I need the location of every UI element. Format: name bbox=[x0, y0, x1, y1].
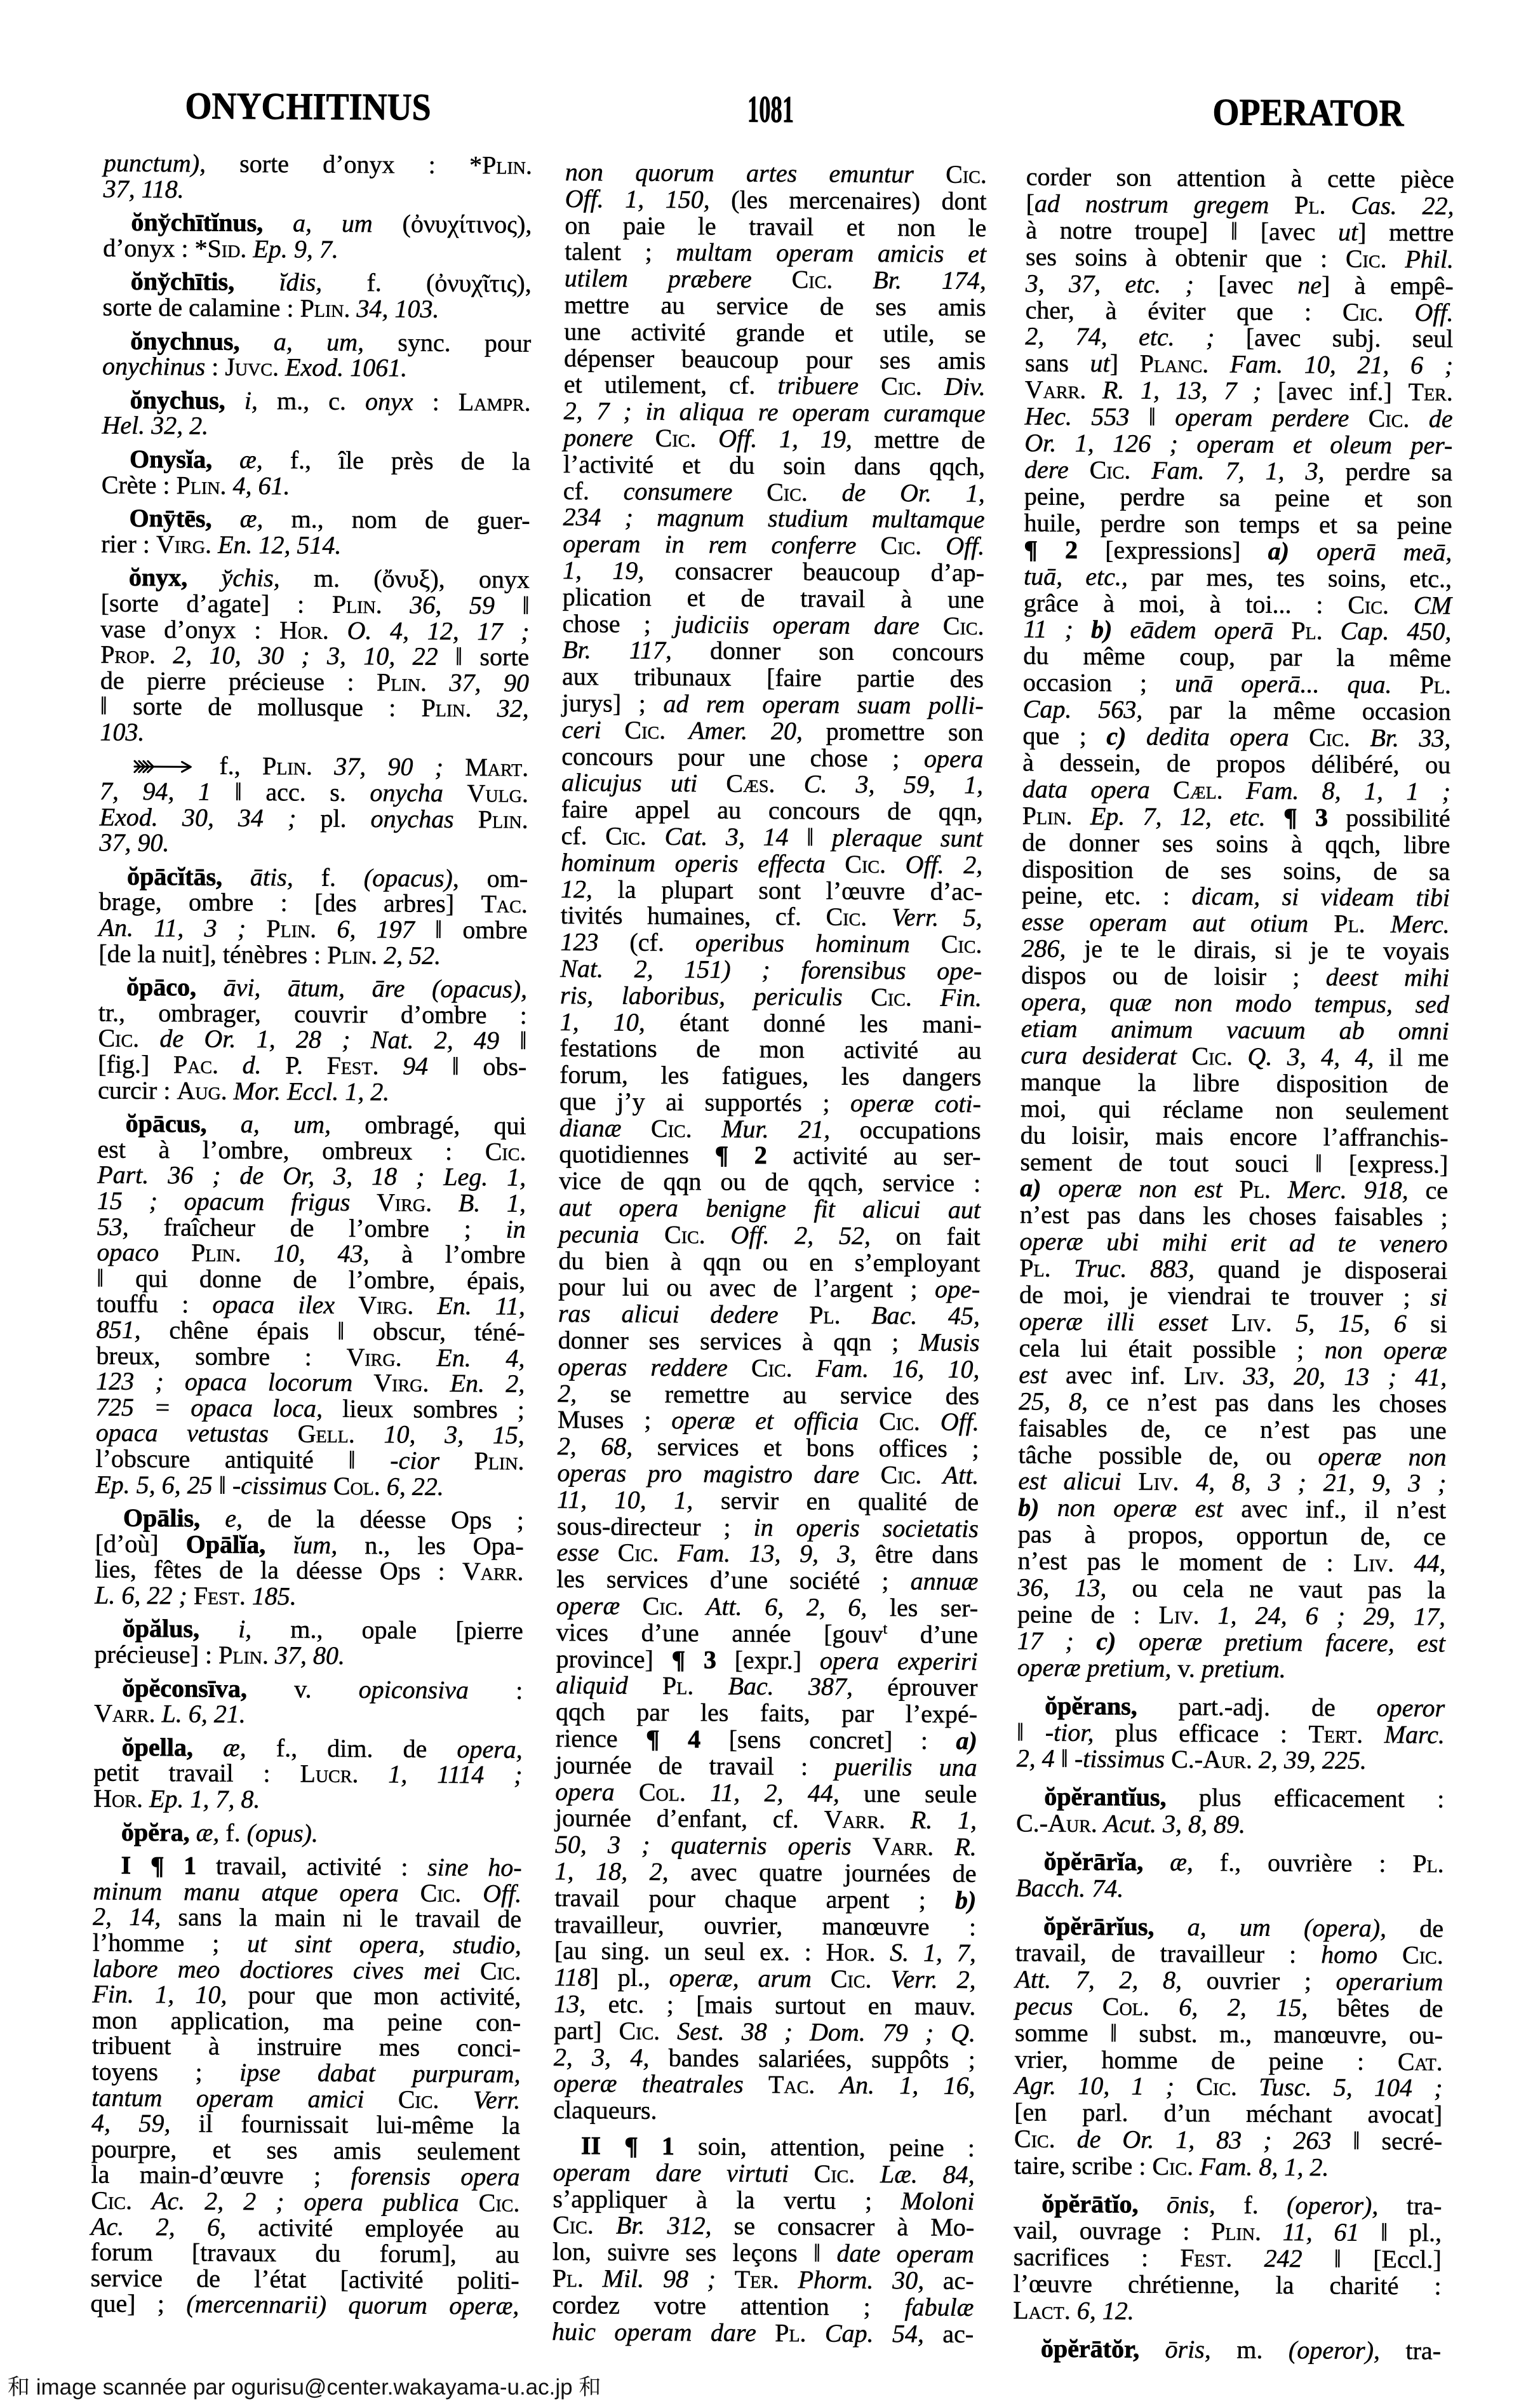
italic-text: 4, 59, bbox=[91, 2109, 171, 2138]
italic-text: operæ non est bbox=[1058, 1174, 1222, 1204]
dictionary-entry: ŏpācus, a, um, ombragé, quiest à l’ombre… bbox=[95, 1111, 526, 1500]
italic-text: 1, 10, bbox=[560, 1007, 645, 1036]
author-abbreviation: Cic. bbox=[655, 424, 697, 452]
italic-text: de Or. 1, 83 ; 263 bbox=[1077, 2125, 1332, 2154]
italic-text: opaca vetustas bbox=[96, 1418, 269, 1448]
italic-text: Merc. bbox=[1391, 910, 1450, 939]
text-line: à notre troupe] ‖ [avec ut] mettre bbox=[1026, 217, 1454, 246]
text-line: jurys] ; ad rem operam suam polli- bbox=[562, 690, 984, 719]
italic-text: 10, 43, bbox=[274, 1239, 370, 1268]
text-line: à dessein, de propos délibéré, ou bbox=[1022, 749, 1450, 778]
text-line: pas à propos, opportun de, ce bbox=[1018, 1521, 1446, 1550]
italic-text: Tusc. 5, 104 ; bbox=[1259, 2073, 1443, 2102]
italic-text: C. 3, 59, 1, bbox=[804, 770, 984, 800]
italic-text: Musis bbox=[919, 1328, 980, 1357]
text-line: Hel. 32, 2. bbox=[102, 413, 530, 441]
italic-text: Fam. 16, 10, bbox=[816, 1354, 980, 1383]
text-line: que] ; (mercennarii) quorum operæ, bbox=[90, 2291, 519, 2320]
author-abbreviation: Lucr. bbox=[300, 1759, 358, 1789]
italic-text: operæ pretium facere, est bbox=[1139, 1627, 1445, 1657]
italic-text: -cissimus bbox=[232, 1470, 327, 1500]
italic-text: data opera bbox=[1022, 774, 1150, 803]
italic-text: En. 2, bbox=[450, 1369, 525, 1398]
text-line: est avec inf. Liv. 33, 20, 13 ; 41, bbox=[1019, 1361, 1447, 1390]
italic-text: operæ, arum bbox=[669, 1963, 812, 1993]
italic-text: 4, 61. bbox=[232, 471, 290, 500]
text-line: s’appliquer à la vertu ; Moloni bbox=[552, 2186, 974, 2215]
italic-text: dicam, si videam tibi bbox=[1191, 882, 1450, 912]
sense-marker: c) bbox=[1106, 722, 1126, 750]
italic-text: Phorm. 30, bbox=[798, 2265, 924, 2294]
text-line: Pl. Mil. 98 ; Ter. Phorm. 30, ac- bbox=[552, 2265, 974, 2294]
italic-text: consumere bbox=[624, 476, 733, 506]
italic-text: 11, 2, 44, bbox=[710, 1778, 840, 1807]
author-abbreviation: Plin. bbox=[262, 752, 312, 781]
italic-text: Br. 174, bbox=[873, 265, 986, 295]
italic-text: operæ illi esset bbox=[1019, 1307, 1208, 1336]
italic-text: 37, 90 bbox=[449, 668, 529, 697]
dictionary-entry: ŏpāco, āvi, ātum, āre (opacus),tr., ombr… bbox=[98, 974, 527, 1106]
italic-text: æ, bbox=[223, 1733, 246, 1762]
text-line: ponere Cic. Off. 1, 19, mettre de bbox=[563, 424, 985, 454]
italic-text: ceri bbox=[561, 715, 601, 744]
author-abbreviation: Liv. bbox=[1184, 1361, 1224, 1390]
italic-text: multam operam amicis et bbox=[676, 238, 986, 268]
text-line: festations de mon activité au bbox=[559, 1035, 981, 1064]
italic-text: 1, 18, 2, bbox=[554, 1857, 668, 1886]
italic-text: non operæ est bbox=[1057, 1493, 1223, 1523]
text-line: n’est pas dans les choses faisables ; bbox=[1020, 1202, 1448, 1231]
text-line: claqueurs. bbox=[553, 2097, 975, 2126]
sense-marker: c) bbox=[1096, 1627, 1116, 1655]
italic-text: CM bbox=[1414, 591, 1452, 619]
italic-text: ope- bbox=[935, 1275, 980, 1303]
author-abbreviation: Pl. bbox=[552, 2264, 584, 2292]
italic-text: 94 bbox=[403, 1051, 428, 1080]
dictionary-entry: ŏpĕrans, part.-adj. de operor‖ -tior, pl… bbox=[1017, 1692, 1445, 1775]
text-line: du loisir, mais encore l’affranchis- bbox=[1021, 1122, 1449, 1151]
italic-text: Bacch. 74. bbox=[1015, 1873, 1123, 1902]
author-abbreviation: Cic. bbox=[643, 1592, 684, 1620]
italic-text: æ, bbox=[239, 445, 263, 474]
author-abbreviation: Hor. bbox=[279, 615, 329, 644]
text-line: 37, 118. bbox=[104, 176, 532, 205]
text-line: dianæ Cic. Mur. 21, occupations bbox=[559, 1115, 981, 1144]
italic-text: aliquid bbox=[556, 1670, 628, 1700]
italic-text: An. 11, 3 ; bbox=[98, 913, 246, 943]
author-abbreviation: Sid. bbox=[207, 234, 246, 262]
italic-text: 242 bbox=[1264, 2244, 1302, 2273]
italic-text: B. 1, bbox=[459, 1188, 526, 1218]
text-line: ¶ 2 [expressions] a) operā meā, bbox=[1024, 536, 1452, 565]
text-line: 2, 74, etc. ; [avec subj. seul bbox=[1025, 323, 1453, 353]
italic-text: 4, 8, 3 ; 21, 9, 3 ; bbox=[1196, 1468, 1446, 1498]
text-line: que ; c) dedita opera Cic. Br. 33, bbox=[1022, 722, 1450, 751]
author-abbreviation: Cic. bbox=[1196, 2073, 1237, 2101]
text-line: et utilement, cf. tribuere Cic. Div. bbox=[564, 371, 986, 400]
text-line: du même coup, par la même bbox=[1023, 643, 1451, 672]
italic-text: Fin. 1, 10, bbox=[92, 1980, 227, 2009]
text-line: est alicui Liv. 4, 8, 3 ; 21, 9, 3 ; bbox=[1018, 1468, 1446, 1497]
italic-text: punctum), bbox=[104, 149, 206, 178]
text-line: operas reddere Cic. Fam. 16, 10, bbox=[558, 1354, 979, 1383]
text-line: data opera Cæl. Fam. 8, 1, 1 ; bbox=[1022, 776, 1450, 805]
italic-text: opera bbox=[555, 1777, 615, 1806]
italic-text: Fam. 13, 9, 3, bbox=[678, 1539, 857, 1569]
italic-text: 6, 22. bbox=[387, 1472, 444, 1501]
author-abbreviation: Cic. bbox=[767, 478, 808, 506]
author-abbreviation: Plin. bbox=[176, 471, 226, 499]
superscript: t bbox=[883, 1621, 887, 1637]
italic-text: Bac. 387, bbox=[728, 1672, 853, 1701]
italic-text: Exod. 1061. bbox=[285, 353, 407, 382]
text-line: Cap. 563, par la même occasion bbox=[1023, 696, 1451, 725]
text-line: sorte de calamine : Plin. 34, 103. bbox=[102, 295, 531, 323]
text-line: etiam animum vacuum ab omni bbox=[1021, 1015, 1449, 1044]
text-line: operæ pretium, v. pretium. bbox=[1017, 1654, 1445, 1683]
italic-text: Ep. 1, 7, 8. bbox=[149, 1784, 260, 1813]
dictionary-entry: ŏpella, æ, f., dim. de opera,petit trava… bbox=[93, 1734, 523, 1814]
dictionary-entry: ŏpācĭtās, ātis, f. (opacus), om-brage, o… bbox=[98, 863, 528, 969]
italic-text: tribuere bbox=[777, 371, 859, 400]
italic-text: æ, bbox=[196, 1818, 220, 1846]
dictionary-entry: ŏpĕra, æ, f. (opus). bbox=[93, 1819, 522, 1848]
italic-text: Ep. 5, 6, 25 bbox=[95, 1470, 213, 1499]
author-abbreviation: Cic. bbox=[664, 1220, 706, 1249]
author-abbreviation: Vulg. bbox=[467, 779, 528, 808]
running-head-left: ONYCHITINUS bbox=[185, 84, 431, 128]
italic-text: Cap. 450, bbox=[1341, 617, 1452, 646]
italic-text: L. 6, 22 ; bbox=[95, 1580, 187, 1610]
italic-text: operor bbox=[1377, 1693, 1445, 1723]
headword: ŏpĕrantĭus, bbox=[1044, 1782, 1167, 1811]
italic-text: i, bbox=[238, 1615, 251, 1643]
italic-text: 25, 8, bbox=[1019, 1387, 1088, 1416]
author-abbreviation: Tert. bbox=[1308, 1719, 1363, 1749]
italic-text: est bbox=[1019, 1360, 1047, 1388]
italic-text: S. 1, 7, bbox=[890, 1939, 976, 1968]
author-abbreviation: Cic. bbox=[1342, 297, 1384, 326]
italic-text: 851, bbox=[97, 1315, 141, 1343]
italic-text: ut bbox=[1338, 217, 1358, 246]
italic-text: si bbox=[1430, 1282, 1447, 1311]
author-abbreviation: Plin. bbox=[218, 1641, 269, 1669]
italic-text: pecunia bbox=[559, 1220, 639, 1249]
italic-text: 7, 94, 1 bbox=[100, 777, 211, 806]
text-line: aliquid Pl. Bac. 387, éprouver bbox=[556, 1672, 977, 1701]
italic-text: d. bbox=[243, 1051, 262, 1079]
author-abbreviation: Cic. bbox=[618, 1538, 659, 1567]
text-line: vrier, homme de peine : Cat. bbox=[1015, 2046, 1443, 2075]
italic-text: (operor), bbox=[1287, 2191, 1378, 2220]
text-line: Crète : Plin. 4, 61. bbox=[102, 472, 530, 501]
italic-text: (opacus) bbox=[364, 863, 453, 892]
author-abbreviation: Cic. bbox=[1348, 590, 1389, 619]
text-line: on paie le travail et non le bbox=[565, 212, 986, 241]
author-abbreviation: Cic. bbox=[651, 1114, 692, 1143]
text-line: Varr. L. 6, 21. bbox=[94, 1701, 523, 1730]
text-line: 2, 4 ‖ -tissimus C.-Aur. 2, 39, 225. bbox=[1017, 1745, 1445, 1775]
italic-text: sine ho- bbox=[427, 1853, 522, 1882]
italic-text: Off. 2, 52, bbox=[730, 1221, 871, 1250]
feathered-arrow-icon-wrap bbox=[128, 751, 198, 780]
italic-text: Cap. 54, bbox=[825, 2318, 924, 2348]
text-line: L. 6, 22 ; Fest. 185. bbox=[95, 1582, 523, 1611]
italic-text: R. bbox=[954, 1832, 977, 1861]
italic-text: 123 bbox=[560, 927, 598, 956]
text-line: taire, scribe : Cic. Fam. 8, 1, 2. bbox=[1014, 2153, 1442, 2182]
italic-text: hominum operis effecta bbox=[561, 848, 826, 878]
text-line: 2, 7 ; in aliqua re operam curamque bbox=[563, 398, 985, 427]
author-abbreviation: Plin. bbox=[191, 1239, 241, 1267]
italic-text: ponere bbox=[563, 423, 633, 452]
author-abbreviation: Pl. bbox=[662, 1671, 694, 1700]
dictionary-entry: ŏpĕrātŏr, ōris, m. (operor), tra- bbox=[1013, 2335, 1441, 2364]
italic-text: in bbox=[506, 1214, 525, 1243]
text-line: 13, etc. ; [mais surtout en mauv. bbox=[554, 1991, 975, 2020]
dictionary-entry: Opālis, e, de la déesse Ops ;[d’où] Opāl… bbox=[95, 1505, 524, 1611]
author-abbreviation: Mart. bbox=[465, 753, 528, 783]
author-abbreviation: Cic. bbox=[605, 821, 646, 850]
author-abbreviation: Cic. bbox=[1402, 1940, 1443, 1969]
italic-text: a, um, bbox=[241, 1110, 331, 1139]
italic-text: annuæ bbox=[911, 1567, 979, 1596]
sense-marker: a) bbox=[1268, 536, 1290, 565]
text-line: Or. 1, 126 ; operam et oleum per- bbox=[1024, 429, 1452, 459]
italic-text: Off. bbox=[941, 1408, 979, 1436]
author-abbreviation: Col. bbox=[333, 1471, 380, 1500]
text-line: curcir : Aug. Mor. Eccl. 1, 2. bbox=[98, 1077, 526, 1106]
author-abbreviation: Juvc. bbox=[225, 353, 279, 382]
text-line: 11 ; b) eādem operā Pl. Cap. 450, bbox=[1023, 616, 1451, 645]
italic-text: cura desiderat bbox=[1021, 1040, 1177, 1070]
text-line: 17 ; c) operæ pretium facere, est bbox=[1017, 1627, 1445, 1657]
text-line: 286, je te le dirais, si je te voyais bbox=[1021, 936, 1449, 965]
headword: ¶ 4 bbox=[646, 1724, 700, 1754]
italic-text: i, bbox=[244, 386, 258, 415]
italic-text: ris, laboribus, periculis bbox=[560, 981, 843, 1011]
text-line: Pl. Truc. 883, quand je disposerai bbox=[1019, 1255, 1447, 1284]
dictionary-entry: II ¶ 1 soin, attention, peine :operam da… bbox=[552, 2132, 975, 2347]
text-line: faisables de, ce n’est pas une bbox=[1019, 1415, 1447, 1444]
author-abbreviation: Varr. bbox=[873, 1832, 934, 1861]
italic-text: ĭdis, bbox=[279, 268, 322, 297]
text-line: cf. consumere Cic. de Or. 1, bbox=[563, 478, 985, 507]
italic-text: judiciis operam dare bbox=[674, 610, 920, 640]
italic-text: Br. 33, bbox=[1370, 723, 1450, 753]
text-line: operam dare virtuti Cic. Læ. 84, bbox=[553, 2159, 975, 2188]
author-abbreviation: Liv. bbox=[1353, 1549, 1394, 1577]
author-abbreviation: Cic. bbox=[1090, 455, 1131, 484]
author-abbreviation: Cic. bbox=[1191, 1042, 1233, 1070]
italic-text: operæ pretium, bbox=[1017, 1653, 1171, 1682]
italic-text: Cap. 563, bbox=[1023, 695, 1143, 724]
italic-text: ne bbox=[1297, 271, 1322, 299]
author-abbreviation: Hor. bbox=[826, 1938, 875, 1966]
headword: Onysĭa, bbox=[130, 445, 212, 474]
text-line: hominum operis effecta Cic. Off. 2, bbox=[561, 849, 982, 878]
italic-text: Off. 2, bbox=[905, 850, 982, 879]
italic-text: Cas. 22, bbox=[1351, 191, 1454, 220]
author-abbreviation: Cic. bbox=[1152, 2152, 1193, 2181]
author-abbreviation: Tac. bbox=[768, 2070, 815, 2099]
text-line: de donner ses soins à qqch, libre bbox=[1022, 829, 1450, 858]
author-abbreviation: Cic. bbox=[480, 1956, 521, 1985]
author-abbreviation: Cic. bbox=[871, 983, 912, 1011]
italic-text: alicujus uti bbox=[561, 768, 697, 797]
italic-text: de Or. 1, bbox=[841, 478, 985, 507]
sense-marker: b) bbox=[1091, 615, 1113, 643]
italic-text: onyx bbox=[365, 387, 413, 415]
text-line: 11, 10, 1, servir en qualité de bbox=[557, 1486, 979, 1516]
text-line: Plin. Ep. 7, 12, etc. ¶ 3 possibilité bbox=[1022, 802, 1450, 831]
italic-text: 2, 14, bbox=[93, 1902, 161, 1932]
text-line: operæ theatrales Tac. An. 1, 16, bbox=[553, 2070, 975, 2099]
italic-text: 118 bbox=[554, 1963, 590, 1991]
author-abbreviation: Varr. bbox=[824, 1805, 886, 1834]
text-line: 234 ; magnum studium multamque bbox=[563, 504, 984, 533]
author-abbreviation: Cic. bbox=[98, 1024, 139, 1052]
author-abbreviation: Aug. bbox=[177, 1076, 227, 1105]
italic-text: 34, 103. bbox=[356, 294, 439, 323]
italic-text: Fin. bbox=[940, 983, 982, 1011]
italic-text: Acut. 3, 8, 89. bbox=[1104, 1810, 1246, 1839]
entry-continuation: punctum), sorte d’onyx : *Plin.37, 118. bbox=[104, 151, 532, 205]
italic-text: 6, 197 bbox=[337, 915, 415, 944]
text-line: tâche possible de, ou operæ non bbox=[1018, 1441, 1446, 1470]
dictionary-entry: ŏpălus, i, m., opale [pierreprécieuse] :… bbox=[95, 1616, 523, 1670]
text-line: opera, quæ non modo tempus, sed bbox=[1021, 989, 1449, 1018]
headword: ŏpĕrārĭus, bbox=[1043, 1912, 1155, 1941]
italic-text: 2, 74, etc. ; bbox=[1025, 322, 1214, 352]
column-1: punctum), sorte d’onyx : *Plin.37, 118.ŏ… bbox=[90, 151, 532, 2320]
text-line: du bien à qqn ou en s’employant bbox=[558, 1247, 980, 1277]
italic-text: -cior bbox=[390, 1446, 439, 1474]
page-number-text: 1081 bbox=[747, 88, 794, 130]
text-line: sement de tout souci ‖ [express.] bbox=[1020, 1148, 1448, 1178]
text-line: [au sing. un seul ex. : Hor. S. 1, 7, bbox=[554, 1937, 976, 1966]
text-line: moi, qui réclame non seulement bbox=[1021, 1095, 1449, 1124]
italic-text: 36, 13, bbox=[1017, 1573, 1106, 1602]
headword: ŏpācĭtās, bbox=[127, 862, 222, 891]
author-abbreviation: Cic. bbox=[879, 1408, 920, 1436]
author-abbreviation: Cic. bbox=[1014, 2125, 1055, 2153]
italic-text: operas reddere bbox=[558, 1352, 728, 1382]
italic-text: operas pro magistro dare bbox=[557, 1458, 859, 1489]
author-abbreviation: Plin. bbox=[421, 694, 471, 722]
author-abbreviation: Plin. bbox=[474, 1446, 524, 1475]
italic-text: An. 1, 16, bbox=[840, 2071, 975, 2100]
text-line: l’œuvre chrétienne, la charité : bbox=[1013, 2270, 1441, 2299]
italic-text: Agr. 10, 1 ; bbox=[1014, 2071, 1174, 2101]
italic-text: Off. 1, 150, bbox=[565, 184, 710, 213]
italic-text: opera bbox=[924, 744, 984, 773]
author-abbreviation: Plin. bbox=[1022, 801, 1073, 830]
text-line: vail, ouvrage : Plin. 11, 61 ‖ pl., bbox=[1014, 2217, 1442, 2246]
author-abbreviation: Pl. bbox=[1334, 910, 1365, 938]
italic-text: -tissimus bbox=[1075, 1744, 1165, 1773]
headword: ŏny̆chītĭnus, bbox=[131, 208, 263, 237]
text-line: sous-directeur ; in operis societatis bbox=[557, 1513, 979, 1542]
text-line: [de la nuit], ténèbres : Plin. 2, 52. bbox=[98, 941, 527, 969]
italic-text: Ep. 9, 7. bbox=[253, 234, 338, 264]
author-abbreviation: Gell. bbox=[298, 1420, 355, 1449]
italic-text: Fam. 10, 21, 6 ; bbox=[1230, 350, 1454, 380]
author-abbreviation: Cic. bbox=[845, 849, 886, 878]
italic-text: 17 ; bbox=[1017, 1626, 1074, 1655]
italic-text: 13, bbox=[554, 1989, 586, 2018]
italic-text: Cat. 3, 14 bbox=[664, 822, 788, 851]
dictionary-entry: I ¶ 1 travail, activité : sine ho-minum … bbox=[90, 1853, 521, 2320]
author-abbreviation: Lampr. bbox=[459, 387, 531, 417]
text-line: dépenser beaucoup pour ses amis bbox=[564, 345, 986, 374]
author-abbreviation: Pl. bbox=[1412, 1849, 1444, 1878]
italic-text: Off. bbox=[1414, 298, 1453, 326]
italic-text: Exod. 30, 34 ; bbox=[100, 802, 297, 832]
text-line: d’onyx : *Sid. Ep. 9, 7. bbox=[103, 235, 532, 264]
italic-text: (operor), bbox=[1289, 2335, 1380, 2365]
dictionary-entry: ŏpĕrantĭus, plus efficacement :C.-Aur. A… bbox=[1016, 1784, 1444, 1839]
author-abbreviation: Planc. bbox=[1140, 349, 1209, 379]
headword: I ¶ 1 bbox=[121, 1851, 196, 1880]
italic-text: 286, bbox=[1021, 934, 1066, 963]
italic-text: esse operam aut otium bbox=[1022, 908, 1309, 938]
italic-text: opiconsiva bbox=[359, 1675, 469, 1704]
author-abbreviation: Plin. bbox=[1211, 2217, 1261, 2245]
italic-text: Off. bbox=[483, 1879, 521, 1907]
text-line: cher, à éviter que : Cic. Off. bbox=[1025, 297, 1453, 326]
dictionary-entry: ŏnychus, i, m., c. onyx : Lampr.Hel. 32,… bbox=[102, 387, 530, 441]
author-abbreviation: Liv. bbox=[1231, 1308, 1272, 1336]
text-line: rience ¶ 4 [sens concret] : a) bbox=[556, 1725, 977, 1754]
italic-text: 36, 59 bbox=[410, 590, 495, 619]
italic-text: ad rem operam suam polli- bbox=[663, 689, 984, 720]
italic-text: operā meā, bbox=[1316, 537, 1452, 566]
author-abbreviation: Cæs. bbox=[726, 769, 775, 798]
italic-text: fabulæ bbox=[904, 2292, 974, 2322]
column-3: corder son attention à cette pièce[ad no… bbox=[1013, 163, 1454, 2364]
text-line: journée de travail : puerilis una bbox=[555, 1752, 977, 1781]
italic-text: Att. 6, 2, 6, bbox=[706, 1592, 867, 1622]
italic-text: operæ bbox=[556, 1591, 620, 1620]
italic-text: opera, bbox=[457, 1735, 523, 1764]
author-abbreviation: Pl. bbox=[1420, 670, 1452, 699]
italic-text: Ep. 7, 12, etc. bbox=[1090, 802, 1266, 831]
text-line: sans ut] Planc. Fam. 10, 21, 6 ; bbox=[1025, 350, 1453, 379]
text-line: faire appel au concours de qqn, bbox=[561, 796, 983, 825]
dictionary-entry: ŏpĕconsīva, v. opiconsiva :Varr. L. 6, 2… bbox=[94, 1675, 523, 1729]
entry-continuation: corder son attention à cette pièce[ad no… bbox=[1017, 163, 1454, 1683]
text-line: tuā, etc., par mes, tes soins, etc., bbox=[1024, 563, 1452, 592]
text-line: Cic. de Or. 1, 83 ; 263 ‖ secré- bbox=[1014, 2126, 1442, 2155]
text-line: pecus Col. 6, 2, 15, bêtes de bbox=[1015, 1993, 1443, 2022]
italic-text: O. 4, 12, 17 ; bbox=[347, 615, 529, 645]
italic-text: 2, 68, bbox=[558, 1432, 633, 1461]
scan-credit-footer: 和 image scannée par ogurisu@center.wakay… bbox=[8, 2375, 601, 2400]
text-line: Hor. Ep. 1, 7, 8. bbox=[93, 1786, 522, 1815]
italic-text: Div. bbox=[944, 372, 986, 401]
italic-text: operæ non bbox=[1318, 1442, 1446, 1471]
author-abbreviation: Cic. bbox=[624, 715, 666, 744]
headword: ŏpĕrātĭo, bbox=[1041, 2189, 1138, 2219]
author-abbreviation: C.-Aur. bbox=[1016, 1809, 1097, 1838]
italic-text: 2, 4 bbox=[1017, 1744, 1055, 1773]
italic-text: Q. 3, 4, 4, bbox=[1247, 1042, 1374, 1071]
text-line: esse operam aut otium Pl. Merc. bbox=[1022, 909, 1450, 938]
italic-text: (opus). bbox=[247, 1818, 318, 1848]
italic-text: ut bbox=[1090, 349, 1109, 377]
author-abbreviation: Ter. bbox=[1408, 377, 1452, 406]
